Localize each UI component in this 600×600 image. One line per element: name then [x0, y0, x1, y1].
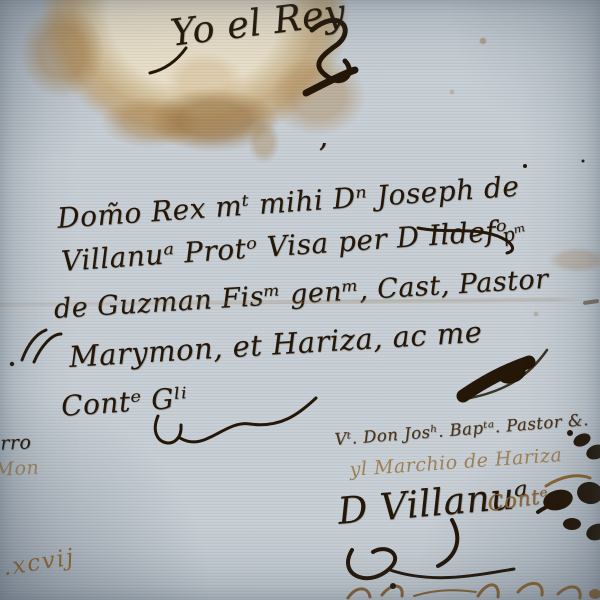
ink-specks [523, 160, 585, 169]
ac-me-ink-blot [463, 350, 547, 398]
pastor-signature-blot [567, 430, 600, 462]
conte-line-flourish [155, 398, 316, 443]
bottom-cutoff-script [348, 583, 600, 599]
royal-signature-flourish [150, 20, 355, 93]
conte-ink-blot-cluster [538, 476, 600, 543]
line1-end-flourish [418, 228, 513, 253]
villanueva-signature-flourish [348, 520, 514, 578]
manuscript-page: Yo el Rey Dom̃o Rex mᵗ mihi Dⁿ Joseph de… [0, 0, 600, 600]
margin-paraph-mark [10, 330, 61, 366]
